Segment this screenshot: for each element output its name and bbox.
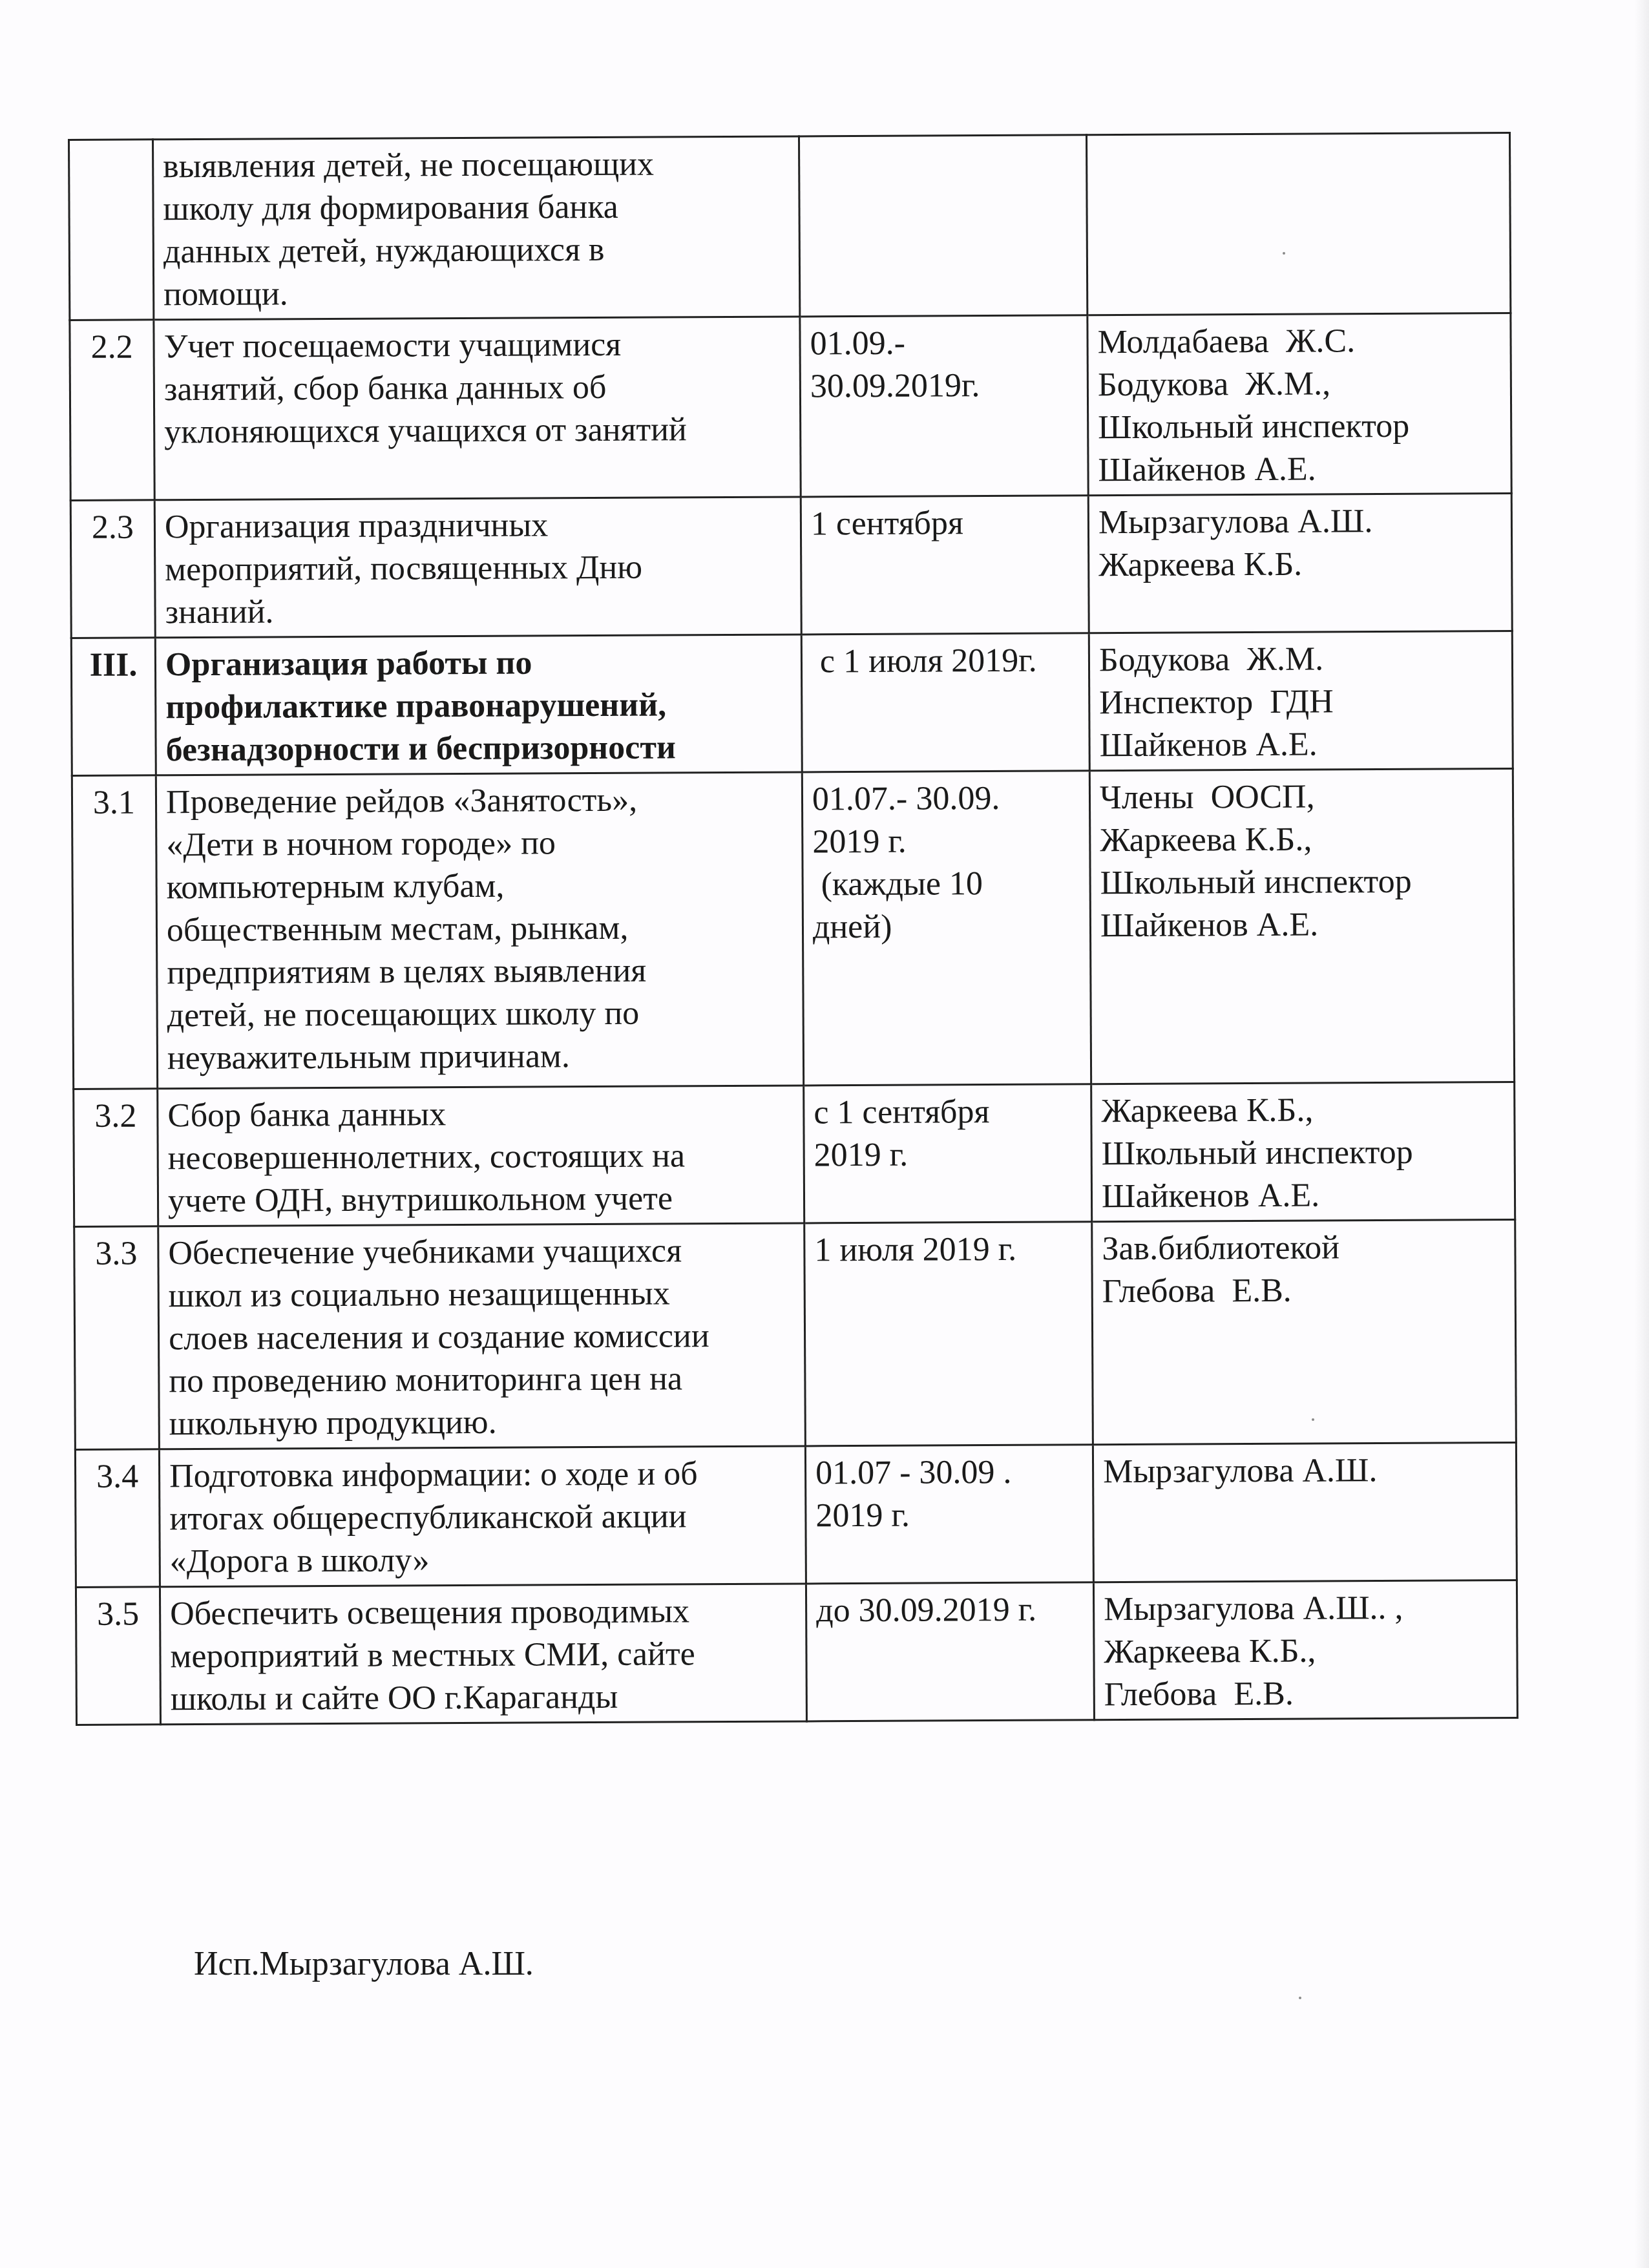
task-deadline-line: 30.09.2019г. bbox=[810, 364, 1078, 408]
task-responsible-line: Школьный инспектор bbox=[1102, 1131, 1505, 1175]
task-deadline: 1 июля 2019 г. bbox=[804, 1222, 1093, 1446]
task-description: Подготовка информации: о ходе и обитогах… bbox=[159, 1446, 806, 1587]
task-responsible: Мырзагулова А.Ш.Жаркеева К.Б. bbox=[1088, 494, 1512, 633]
task-description-line: школьную продукцию. bbox=[169, 1400, 795, 1446]
row-number-line: III. bbox=[75, 644, 152, 687]
task-description-line: несовершеннолетних, состоящих на bbox=[168, 1135, 794, 1181]
row-number-line: 3.5 bbox=[79, 1593, 156, 1636]
task-deadline-line: 01.07.- 30.09. bbox=[812, 777, 1080, 821]
row-number-line: 2.2 bbox=[73, 326, 150, 369]
task-deadline-line: дней) bbox=[813, 905, 1080, 949]
task-description-line: по проведению мониторинга цен на bbox=[169, 1358, 795, 1403]
task-description-line: Организация праздничных bbox=[165, 503, 791, 549]
task-description-line: мероприятий в местных СМИ, сайте bbox=[170, 1633, 796, 1679]
task-description-line: уклоняющихся учащихся от занятий bbox=[164, 408, 790, 454]
table-row: 3.5Обеспечить освещения проводимыхмеропр… bbox=[76, 1580, 1517, 1725]
task-deadline: 01.09.-30.09.2019г. bbox=[800, 315, 1088, 497]
task-deadline: до 30.09.2019 г. bbox=[806, 1582, 1094, 1721]
task-description-line: «Дети в ночном городе» по bbox=[166, 821, 792, 867]
task-description: выявления детей, не посещающихшколу для … bbox=[153, 136, 800, 320]
task-description: Обеспечение учебниками учащихсяшкол из с… bbox=[158, 1223, 806, 1449]
task-responsible-line: Инспектор ГДН bbox=[1099, 680, 1502, 724]
row-number: 3.3 bbox=[74, 1226, 160, 1450]
row-number-line: 2.3 bbox=[74, 506, 151, 549]
scan-speck bbox=[1299, 1997, 1301, 1999]
task-responsible-line: Глебова Е.В. bbox=[1102, 1268, 1506, 1313]
task-description-line: знаний. bbox=[165, 589, 791, 635]
task-responsible bbox=[1086, 133, 1510, 315]
table-row: выявления детей, не посещающихшколу для … bbox=[69, 133, 1511, 320]
task-deadline-line: 2019 г. bbox=[812, 819, 1080, 863]
row-number: 3.4 bbox=[75, 1449, 160, 1588]
row-number-line: 3.3 bbox=[78, 1232, 154, 1276]
task-responsible-line: Шайкенов А.Е. bbox=[1102, 1173, 1505, 1218]
task-description-line: компьютерным клубам, bbox=[167, 864, 793, 910]
task-description-line: выявления детей, не посещающих bbox=[163, 143, 789, 189]
task-responsible: Бодукова Ж.М.Инспектор ГДНШайкенов А.Е. bbox=[1089, 631, 1513, 771]
task-deadline-line: (каждые 10 bbox=[812, 862, 1080, 906]
task-deadline-line: 01.09.- bbox=[810, 321, 1077, 365]
task-description-line: школы и сайте ОО г.Караганды bbox=[171, 1675, 797, 1721]
task-description-line: помощи. bbox=[163, 271, 790, 317]
task-deadline-line: 2019 г. bbox=[815, 1493, 1083, 1537]
task-responsible-line: Бодукова Ж.М. bbox=[1099, 637, 1502, 682]
section-row: III.Организация работы попрофилактике пр… bbox=[71, 631, 1513, 776]
task-responsible-line: Жаркеева К.Б. bbox=[1098, 542, 1502, 587]
task-description-line: детей, не посещающих школу по bbox=[167, 992, 793, 1038]
row-number: 2.2 bbox=[70, 320, 154, 501]
task-description-line: данных детей, нуждающихся в bbox=[163, 228, 790, 274]
row-number: 2.3 bbox=[70, 500, 155, 638]
task-responsible: Мырзагулова А.Ш. bbox=[1093, 1443, 1517, 1582]
task-description: Учет посещаемости учащимисязанятий, сбор… bbox=[154, 317, 801, 500]
task-responsible-line: Зав.библиотекой bbox=[1102, 1226, 1505, 1270]
task-responsible-line: Жаркеева К.Б., bbox=[1104, 1629, 1507, 1674]
row-number: 3.5 bbox=[76, 1587, 160, 1725]
task-deadline-line: 2019 г. bbox=[814, 1133, 1082, 1177]
action-plan-table: выявления детей, не посещающихшколу для … bbox=[68, 132, 1518, 1726]
task-deadline: с 1 июля 2019г. bbox=[801, 633, 1089, 772]
task-description: Проведение рейдов «Занятость»,«Дети в но… bbox=[156, 772, 803, 1089]
task-responsible: Зав.библиотекойГлебова Е.В. bbox=[1092, 1220, 1517, 1445]
task-description-line: школу для формирования банка bbox=[163, 185, 789, 231]
task-deadline: с 1 сентября2019 г. bbox=[804, 1084, 1092, 1223]
task-description-line: слоев населения и создание комиссии bbox=[169, 1315, 795, 1361]
task-description-line: Обеспечение учебниками учащихся bbox=[168, 1230, 794, 1276]
task-description-line: Подготовка информации: о ходе и об bbox=[169, 1453, 795, 1498]
task-description-line: мероприятий, посвященных Дню bbox=[165, 546, 791, 592]
task-responsible-line: Школьный инспектор bbox=[1098, 404, 1501, 449]
task-responsible-line: Мырзагулова А.Ш.. , bbox=[1104, 1586, 1507, 1631]
task-deadline: 01.07 - 30.09 .2019 г. bbox=[805, 1445, 1093, 1584]
task-description-line: профилактике правонарушений, bbox=[165, 684, 792, 730]
executor-signature: Исп.Мырзагулова А.Ш. bbox=[194, 1945, 534, 1983]
row-number-line: 3.2 bbox=[77, 1095, 154, 1138]
task-description-line: учете ОДН, внутришкольном учете bbox=[168, 1177, 794, 1223]
task-description-line: школ из социально незащищенных bbox=[169, 1272, 795, 1318]
task-description: Обеспечить освещения проводимыхмероприят… bbox=[160, 1584, 806, 1725]
task-responsible: Члены ООСП,Жаркеева К.Б.,Школьный инспек… bbox=[1089, 769, 1514, 1084]
task-deadline-line: до 30.09.2019 г. bbox=[816, 1588, 1084, 1632]
task-description-line: итогах общереспубликанской акции bbox=[169, 1495, 795, 1541]
row-number-line: 3.4 bbox=[79, 1455, 156, 1498]
task-description-line: предприятиям в целях выявления bbox=[167, 949, 793, 995]
task-responsible-line: Жаркеева К.Б., bbox=[1101, 1088, 1504, 1133]
task-deadline-line: с 1 июля 2019г. bbox=[812, 639, 1079, 683]
row-number: 3.2 bbox=[74, 1089, 158, 1227]
task-responsible-line: Глебова Е.В. bbox=[1104, 1672, 1507, 1716]
row-number: 3.1 bbox=[72, 775, 157, 1089]
task-responsible-line: Бодукова Ж.М., bbox=[1098, 362, 1501, 406]
task-description-line: Проведение рейдов «Занятость», bbox=[166, 779, 792, 824]
task-deadline: 1 сентября bbox=[801, 496, 1089, 635]
scan-speck bbox=[1312, 1418, 1314, 1421]
row-number: III. bbox=[71, 638, 156, 776]
task-deadline-line: 01.07 - 30.09 . bbox=[815, 1451, 1083, 1495]
task-responsible: Жаркеева К.Б.,Школьный инспекторШайкенов… bbox=[1091, 1082, 1515, 1222]
table-row: 2.3Организация праздничныхмероприятий, п… bbox=[70, 494, 1512, 638]
task-description-line: занятий, сбор банка данных об bbox=[164, 366, 790, 412]
task-responsible-line: Школьный инспектор bbox=[1100, 860, 1503, 905]
scan-speck bbox=[1283, 252, 1285, 255]
task-deadline: 01.07.- 30.09.2019 г. (каждые 10дней) bbox=[802, 771, 1091, 1086]
task-description-line: «Дорога в школу» bbox=[170, 1538, 796, 1584]
task-description-line: неуважительным причинам. bbox=[167, 1034, 793, 1080]
task-responsible-line: Мырзагулова А.Ш. bbox=[1103, 1449, 1506, 1493]
table-row: 3.3Обеспечение учебниками учащихсяшкол и… bbox=[74, 1220, 1517, 1450]
table-row: 3.2Сбор банка данныхнесовершеннолетних, … bbox=[74, 1082, 1515, 1227]
task-deadline bbox=[799, 135, 1087, 317]
table-row: 3.4Подготовка информации: о ходе и обито… bbox=[75, 1443, 1517, 1588]
table-row: 2.2Учет посещаемости учащимисязанятий, с… bbox=[70, 313, 1511, 501]
task-deadline-line: с 1 сентября bbox=[814, 1090, 1081, 1134]
task-description-line: Организация работы по bbox=[165, 641, 792, 687]
task-deadline-line: 1 сентября bbox=[811, 501, 1078, 545]
task-description-line: Учет посещаемости учащимися bbox=[163, 323, 790, 369]
task-description: Организация работы попрофилактике правон… bbox=[155, 635, 802, 775]
task-responsible: Молдабаева Ж.С.Бодукова Ж.М.,Школьный ин… bbox=[1087, 313, 1511, 496]
task-responsible: Мырзагулова А.Ш.. ,Жаркеева К.Б.,Глебова… bbox=[1093, 1580, 1517, 1720]
task-responsible-line: Шайкенов А.Е. bbox=[1100, 903, 1504, 947]
table-row: 3.1Проведение рейдов «Занятость»,«Дети в… bbox=[72, 769, 1514, 1089]
task-description-line: Обеспечить освещения проводимых bbox=[170, 1590, 796, 1636]
task-responsible-line: Шайкенов А.Е. bbox=[1098, 447, 1501, 492]
row-number bbox=[69, 140, 154, 320]
task-description-line: общественным местам, рынкам, bbox=[167, 907, 793, 952]
scan-page-edge bbox=[1635, 0, 1649, 2268]
task-description-line: Сбор банка данных bbox=[167, 1092, 793, 1138]
task-responsible-line: Молдабаева Ж.С. bbox=[1097, 319, 1500, 364]
task-description: Сбор банка данныхнесовершеннолетних, сос… bbox=[158, 1086, 804, 1226]
task-description: Организация праздничныхмероприятий, посв… bbox=[154, 497, 801, 638]
task-description-line: безнадзорности и беспризорности bbox=[165, 726, 792, 772]
row-number-line: 3.1 bbox=[76, 781, 152, 824]
task-responsible-line: Члены ООСП, bbox=[1100, 775, 1503, 819]
task-responsible-line: Шайкенов А.Е. bbox=[1099, 722, 1502, 767]
task-responsible-line: Мырзагулова А.Ш. bbox=[1098, 499, 1502, 544]
task-deadline-line: 1 июля 2019 г. bbox=[814, 1228, 1082, 1272]
task-responsible-line: Жаркеева К.Б., bbox=[1100, 817, 1503, 862]
